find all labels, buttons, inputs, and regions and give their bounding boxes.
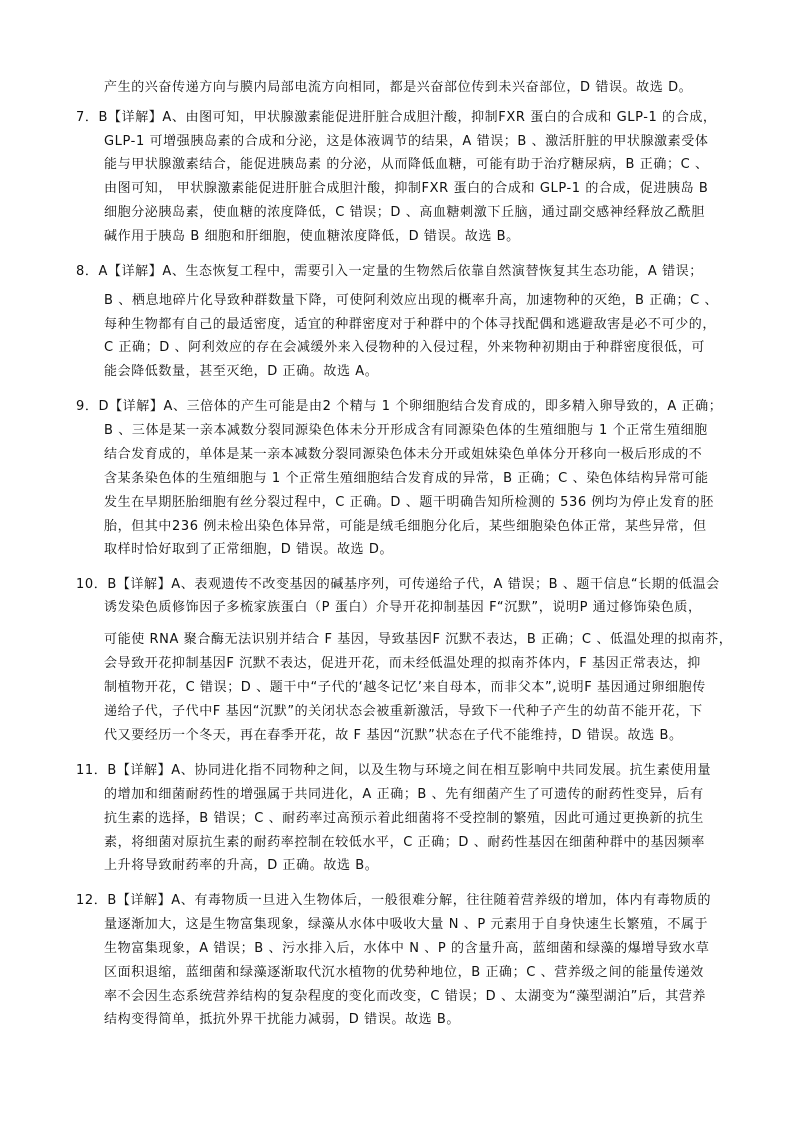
item-line: GLP-1 可增强胰岛素的合成和分泌，这是体液调节的结果，A 错误；B 、激活肝… bbox=[104, 134, 708, 150]
item-line: 制植物开花，C 错误；D 、题干中“子代的‘越冬记忆’来自母本，而非父本”,说明… bbox=[104, 680, 706, 696]
item-line: 发生在早期胚胎细胞有丝分裂过程中，C 正确。D 、题干明确告知所检测的 536 … bbox=[104, 495, 714, 511]
intro-line: 产生的兴奋传递方向与膜内局部电流方向相同，都是兴奋部位传到未兴奋部位，D 错误。… bbox=[104, 80, 692, 96]
item-line: 的增加和细菌耐药性的增强属于共同进化，A 正确；B 、先有细菌产生了可遗传的耐药… bbox=[104, 787, 704, 803]
item-line: C 正确；D 、阿利效应的存在会减缓外来入侵物种的入侵过程，外来物种初期由于种群… bbox=[104, 340, 705, 356]
item-line: 9．D【详解】A、三倍体的产生可能是由2 个精与 1 个卵细胞结合发育成的，即多… bbox=[76, 399, 722, 415]
item-line: 11．B【详解】A、协同进化指不同物种之间，以及生物与环境之间在相互影响中共同发… bbox=[76, 763, 711, 779]
item-line: 可能使 RNA 聚合酶无法识别并结合 F 基因，导致基因F 沉默不表达，B 正确… bbox=[104, 632, 732, 648]
item-line: 量逐渐加大，这是生物富集现象，绿藻从水体中吸收大量 N 、P 元素用于自身快速生… bbox=[104, 917, 708, 933]
item-line: 区面积退缩，蓝细菌和绿藻逐渐取代沉水植物的优势种地位，B 正确；C 、营养级之间… bbox=[104, 965, 704, 981]
item-line: 能会降低数量，甚至灭绝，D 正确。故选 A。 bbox=[104, 364, 378, 380]
item-line: B 、栖息地碎片化导致种群数量下降，可使阿利效应出现的概率升高，加速物种的灭绝，… bbox=[104, 293, 718, 309]
item-line: 含某条染色体的生殖细胞与 1 个正常生殖细胞结合发育成的异常，B 正确；C 、染… bbox=[104, 471, 709, 487]
item-line: 7．B【详解】A、由图可知，甲状腺激素能促进肝脏合成胆汁酸，抑制FXR 蛋白的合… bbox=[76, 110, 717, 126]
item-line: 会导致开花抑制基因F 沉默不表达，促进开花，而未经低温处理的拟南芥体内，F 基因… bbox=[104, 656, 701, 672]
item-line: 素，将细菌对原抗生素的耐药率控制在较低水平，C 正确；D 、耐药性基因在细菌种群… bbox=[104, 835, 705, 851]
item-line: 胎，但其中236 例未检出染色体异常，可能是绒毛细胞分化后，某些细胞染色体正常，… bbox=[104, 519, 707, 535]
item-line: 上升将导致耐药率的升高，D 正确。故选 B。 bbox=[104, 858, 378, 874]
document-page: 产生的兴奋传递方向与膜内局部电流方向相同，都是兴奋部位传到未兴奋部位，D 错误。… bbox=[0, 0, 794, 1123]
item-line: 代又要经历一个冬天，再在春季开花，故 F 基因“沉默”状态在子代不能维持，D 错… bbox=[104, 728, 683, 744]
item-line: 率不会因生态系统营养结构的复杂程度的变化而改变，C 错误；D 、太湖变为“藻型湖… bbox=[104, 989, 706, 1005]
item-line: 诱发染色质修饰因子多梳家族蛋白（P 蛋白）介导开花抑制基因 F“沉默”，说明P … bbox=[104, 600, 702, 616]
item-line: 抗生素的选择，B 错误；C 、耐药率过高预示着此细菌将不受控制的繁殖，因此可通过… bbox=[104, 811, 704, 827]
item-line: 能与甲状腺激素结合，能促进胰岛素 的分泌，从而降低血糖，可能有助于治疗糖尿病，B… bbox=[104, 157, 709, 173]
item-line: 10．B【详解】A、表观遗传不改变基因的碱基序列，可传递给子代，A 错误；B 、… bbox=[76, 577, 720, 593]
item-line: 每种生物都有自己的最适密度，适宜的种群密度对于种群中的个体寻找配偶和逃避敌害是必… bbox=[104, 317, 716, 333]
item-line: 结合发育成的，单体是某一亲本减数分裂同源染色体未分开或姐妹染色单体分开移向一极后… bbox=[104, 447, 702, 463]
item-line: 8．A【详解】A、生态恢复工程中，需要引入一定量的生物然后依靠自然演替恢复其生态… bbox=[76, 264, 703, 280]
item-line: 12．B【详解】A、有毒物质一旦进入生物体后，一般很难分解，往往随着营养级的增加… bbox=[76, 893, 711, 909]
item-line: 碱作用于胰岛 B 细胞和肝细胞，使血糖浓度降低，D 错误。故选 B。 bbox=[104, 229, 520, 245]
item-line: 生物富集现象，A 错误；B 、污水排入后，水体中 N 、P 的含量升高，蓝细菌和… bbox=[104, 941, 709, 957]
item-line: 结构变得简单，抵抗外界干扰能力减弱，D 错误。故选 B。 bbox=[104, 1012, 460, 1028]
item-line: 递给子代，子代中F 基因“沉默”的关闭状态会被重新激活，导致下一代种子产生的幼苗… bbox=[104, 704, 703, 720]
item-line: 取样时恰好取到了正常细胞，D 错误。故选 D。 bbox=[104, 542, 393, 558]
item-line: 由图可知， 甲状腺激素能促进肝脏合成胆汁酸，抑制FXR 蛋白的合成和 GLP-1… bbox=[104, 181, 708, 197]
item-line: B 、三体是某一亲本减数分裂同源染色体未分开形成含有同源染色体的生殖细胞与 1 … bbox=[104, 423, 708, 439]
item-line: 细胞分泌胰岛素，使血糖的浓度降低，C 错误；D 、高血糖刺激下丘脑，通过副交感神… bbox=[104, 205, 705, 221]
